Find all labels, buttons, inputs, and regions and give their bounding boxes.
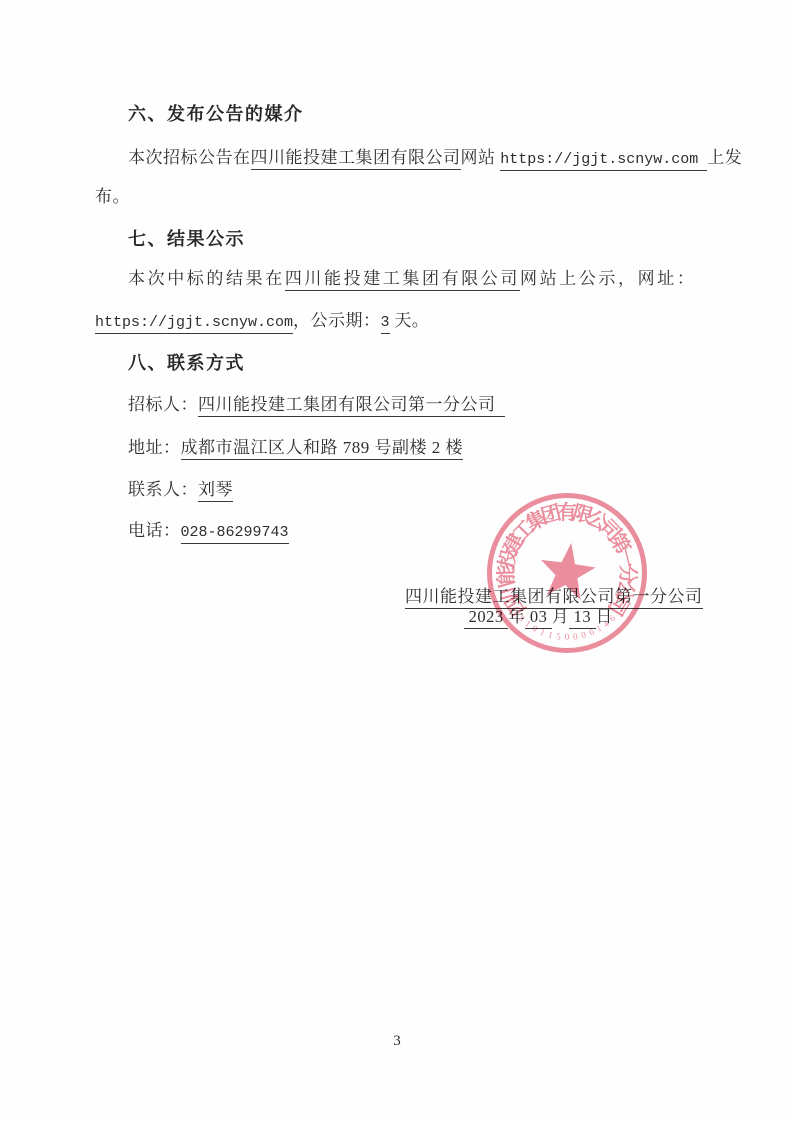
svg-text:0: 0 [565,632,570,642]
text-segment: 本次中标的结果在 [128,269,285,288]
section-heading-6: 六、发布公告的媒介 [128,103,304,125]
svg-text:5: 5 [556,631,562,642]
text-segment: https://jgjt.scnyw.com [95,314,293,334]
text-segment: 布。 [95,187,130,206]
text-segment: 刘琴 [198,480,233,502]
svg-text:司: 司 [595,516,625,546]
text-segment: 网站 [461,148,501,167]
signature-date: 2023 年 03 月 13 日 [464,606,613,628]
text-segment: 天。 [390,311,430,330]
section-heading-7: 七、结果公示 [128,228,245,250]
text-segment: 13 [569,607,596,629]
text-segment: 网站上公示，网址： [520,269,696,288]
text-segment: 03 [525,607,552,629]
paragraph-line: 布。 [95,186,130,208]
text-segment: ，公示期： [293,311,381,330]
paragraph-line: https://jgjt.scnyw.com，公示期：3 天。 [95,310,429,334]
text-segment: 月 [552,607,569,626]
text-segment: 2023 [464,607,508,629]
field-tenderer: 招标人：四川能投建工集团有限公司第一分公司 [128,394,505,416]
text-segment: 上发 [707,148,742,167]
paragraph-line: 本次招标公告在四川能投建工集团有限公司网站 https://jgjt.scnyw… [128,147,742,171]
svg-text:第: 第 [605,529,636,558]
paragraph-line: 本次中标的结果在四川能投建工集团有限公司网站上公示，网址： [128,268,696,290]
text-segment: 四川能投建工集团有限公司第一分公司 [198,395,505,417]
text-segment: 028-86299743 [181,524,289,544]
svg-text:公: 公 [583,506,613,536]
text-segment: 本次招标公告在 [128,148,251,167]
field-phone: 电话：028-86299743 [128,520,289,544]
page-number: 3 [0,1030,794,1052]
text-segment: 电话： [128,521,181,540]
text-segment: https://jgjt.scnyw.com [500,151,707,171]
svg-text:团: 团 [538,501,563,528]
svg-text:集: 集 [521,505,550,536]
text-segment: 年 [508,607,525,626]
text-segment: 招标人： [128,395,198,414]
text-segment: 四川能投建工集团有限公司 [251,148,461,170]
text-segment: 地址： [128,438,181,457]
field-address: 地址：成都市温江区人和路 789 号副楼 2 楼 [128,437,463,459]
svg-text:0: 0 [572,631,578,642]
svg-text:工: 工 [509,516,539,546]
svg-text:建: 建 [498,529,529,558]
svg-text:0: 0 [580,629,587,640]
section-heading-8: 八、联系方式 [128,352,245,374]
text-segment: 3 [381,314,390,334]
text-segment: 四川能投建工集团有限公司 [285,269,520,291]
svg-text:限: 限 [570,501,595,528]
field-contact-person: 联系人：刘琴 [128,479,233,501]
document-page: 六、发布公告的媒介 本次招标公告在四川能投建工集团有限公司网站 https://… [0,0,794,1123]
text-segment: 日 [596,607,613,626]
text-segment: 成都市温江区人和路 789 号副楼 2 楼 [181,438,464,460]
svg-text:1: 1 [547,629,554,640]
text-segment: 联系人： [128,480,198,499]
svg-text:有: 有 [557,500,577,524]
